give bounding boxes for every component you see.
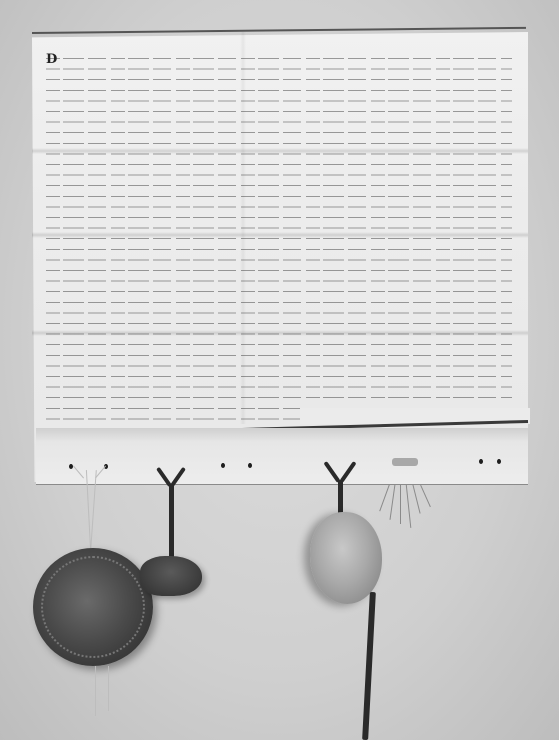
- initial-letter: D: [46, 52, 57, 67]
- round-seal: [33, 548, 153, 666]
- seal-hole: [497, 459, 501, 464]
- wax-seal: [310, 512, 382, 604]
- seal-cord-tail: [362, 592, 376, 740]
- seal-thread: [95, 666, 96, 716]
- seal-cord: [169, 484, 174, 560]
- frayed-thread: [406, 484, 412, 528]
- frayed-thread: [420, 485, 431, 507]
- frayed-thread: [389, 484, 395, 520]
- plica: [36, 428, 528, 485]
- seal-hole: [479, 459, 483, 464]
- seal-hole: [221, 463, 225, 468]
- handwritten-text-block: [46, 52, 512, 422]
- frayed-thread: [379, 485, 390, 512]
- seal-fragment: [140, 556, 202, 596]
- frayed-thread: [400, 484, 401, 524]
- seal-hole: [248, 463, 252, 468]
- seal-thread: [108, 666, 109, 711]
- seal-tag-remnant: [392, 458, 418, 466]
- frayed-thread: [412, 484, 420, 513]
